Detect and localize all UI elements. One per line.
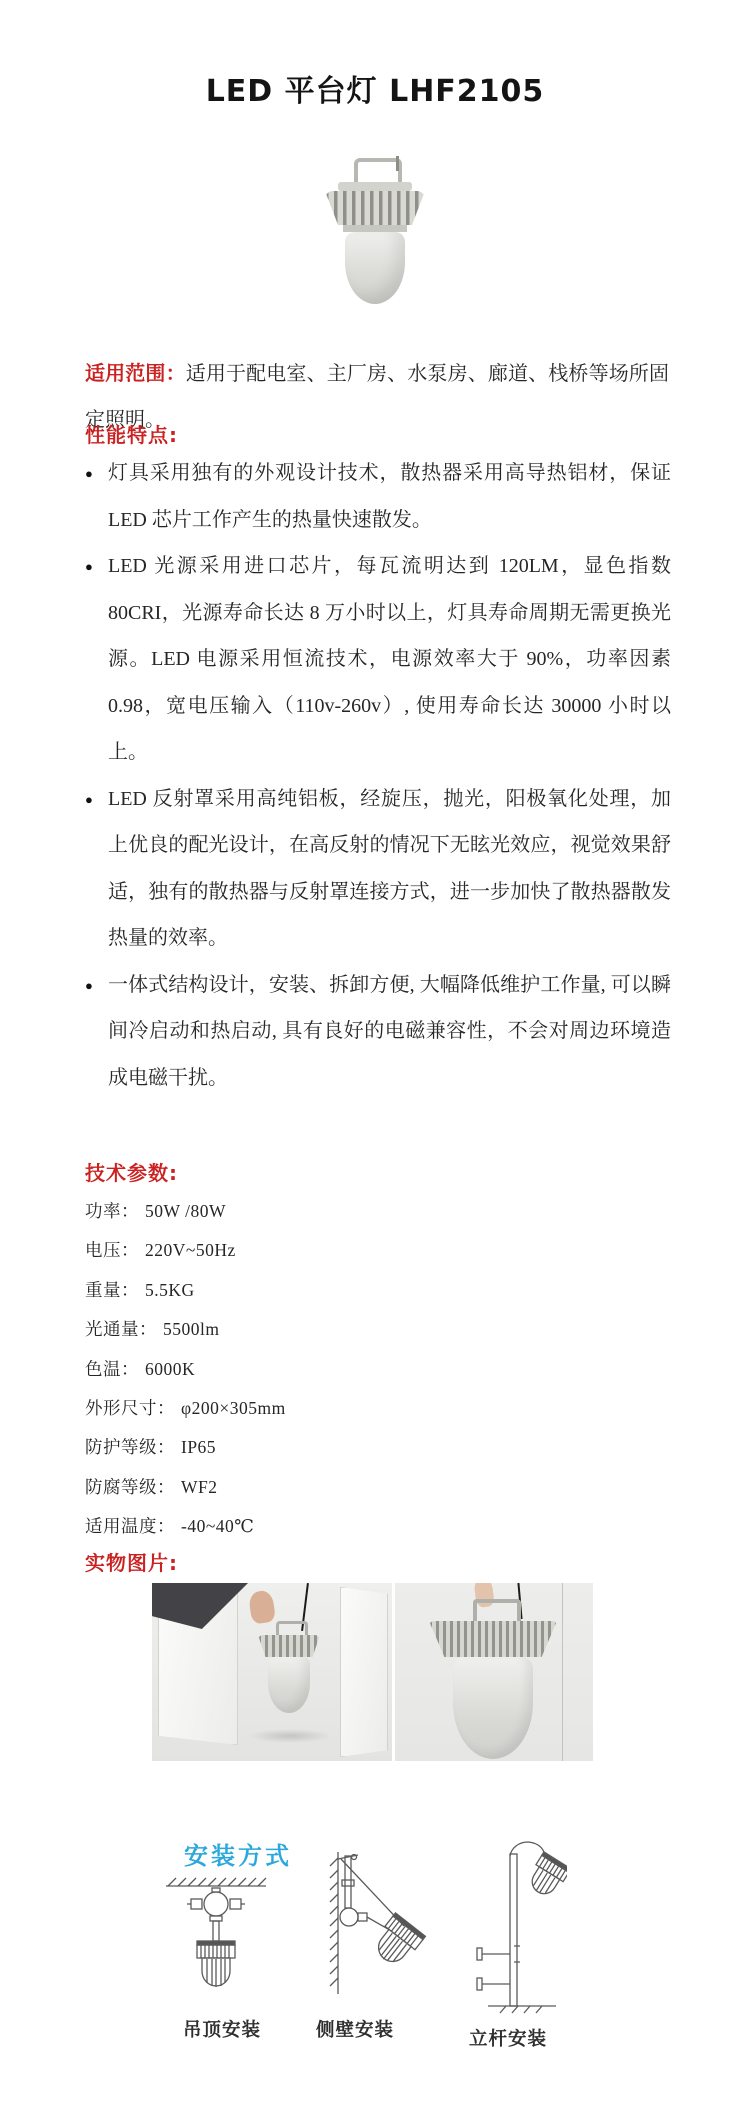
- scope-label: 适用范围：: [85, 361, 186, 385]
- feature-item: LED 光源采用进口芯片，每瓦流明达到 120LM，显色指数 80CRI，光源寿…: [85, 543, 671, 776]
- product-photo-lamp: [322, 156, 428, 308]
- param-label: 重量：: [85, 1280, 139, 1300]
- install-method-label: 侧壁安装: [316, 2016, 394, 2042]
- param-value: WF2: [181, 1477, 218, 1497]
- param-label: 适用温度：: [85, 1516, 175, 1536]
- param-value: 220V~50Hz: [145, 1240, 236, 1260]
- lamp-photo-small: [254, 1621, 324, 1741]
- param-row: 色温：6000K: [85, 1350, 286, 1389]
- pole-mount-diagram: [452, 1836, 567, 2016]
- feature-item: LED 反射罩采用高纯铝板，经旋压，抛光，阳极氧化处理，加上优良的配光设计，在高…: [85, 776, 671, 962]
- lamp-photo-large: [425, 1599, 561, 1761]
- product-datasheet-page: LED 平台灯 LHF2105 适用范围：适用于配电室、主厂房、水泵房、廊道、栈…: [0, 0, 750, 2121]
- page-title: LED 平台灯 LHF2105: [0, 66, 750, 110]
- floor-shadow: [248, 1729, 332, 1743]
- photo-lamp-closeup: [395, 1583, 593, 1761]
- param-label: 外形尺寸：: [85, 1398, 175, 1418]
- param-row: 电压：220V~50Hz: [85, 1231, 286, 1270]
- param-value: 5.5KG: [145, 1280, 195, 1300]
- param-row: 功率：50W /80W: [85, 1192, 286, 1231]
- param-value: 6000K: [145, 1359, 195, 1379]
- product-photos: [152, 1583, 593, 1761]
- lamp-heatsink-fins: [325, 191, 425, 225]
- features-list: 灯具采用独有的外观设计技术，散热器采用高导热铝材，保证 LED 芯片工作产生的热…: [85, 450, 671, 1101]
- ceiling-mount-diagram: [158, 1874, 273, 2000]
- param-row: 外形尺寸：φ200×305mm: [85, 1389, 286, 1428]
- install-method-label: 吊顶安装: [183, 2016, 261, 2042]
- features-heading: 性能特点:: [85, 419, 178, 448]
- feature-item: 灯具采用独有的外观设计技术，散热器采用高导热铝材，保证 LED 芯片工作产生的热…: [85, 450, 671, 543]
- tent-panel-right: [340, 1587, 388, 1757]
- params-list: 功率：50W /80W 电压：220V~50Hz 重量：5.5KG 光通量：55…: [85, 1192, 286, 1547]
- param-value: IP65: [181, 1437, 216, 1457]
- param-row: 光通量：5500lm: [85, 1310, 286, 1349]
- install-method-label: 立杆安装: [469, 2025, 547, 2051]
- lamp-glass-dome: [268, 1657, 310, 1713]
- param-label: 色温：: [85, 1359, 139, 1379]
- param-value: 50W /80W: [145, 1201, 226, 1221]
- param-value: -40~40℃: [181, 1516, 254, 1536]
- params-heading: 技术参数:: [85, 1157, 178, 1186]
- lamp-heatsink-fins: [258, 1635, 320, 1657]
- lamp-top-cap: [338, 182, 412, 191]
- lamp-glass-dome: [345, 232, 405, 304]
- lamp-glass-dome: [453, 1657, 533, 1759]
- param-value: 5500lm: [163, 1319, 219, 1339]
- install-heading: 安装方式: [184, 1836, 292, 1871]
- param-row: 防护等级：IP65: [85, 1428, 286, 1467]
- param-label: 防护等级：: [85, 1437, 175, 1457]
- feature-item: 一体式结构设计，安装、拆卸方便, 大幅降低维护工作量, 可以瞬间冷启动和热启动,…: [85, 962, 671, 1102]
- param-row: 重量：5.5KG: [85, 1271, 286, 1310]
- param-label: 功率：: [85, 1201, 139, 1221]
- backdrop-seam: [562, 1583, 563, 1761]
- photos-heading: 实物图片:: [85, 1547, 178, 1576]
- lamp-neck: [343, 225, 407, 232]
- param-label: 光通量：: [85, 1319, 157, 1339]
- lamp-heatsink-fins: [429, 1621, 557, 1657]
- lamp-sensor-pin: [396, 156, 399, 171]
- param-row: 防腐等级：WF2: [85, 1468, 286, 1507]
- param-label: 防腐等级：: [85, 1477, 175, 1497]
- param-value: φ200×305mm: [181, 1398, 286, 1418]
- param-label: 电压：: [85, 1240, 139, 1260]
- photo-light-tent-scene: [152, 1583, 392, 1761]
- hand: [248, 1589, 276, 1624]
- param-row: 适用温度：-40~40℃: [85, 1507, 286, 1546]
- wall-mount-diagram: [322, 1846, 432, 2000]
